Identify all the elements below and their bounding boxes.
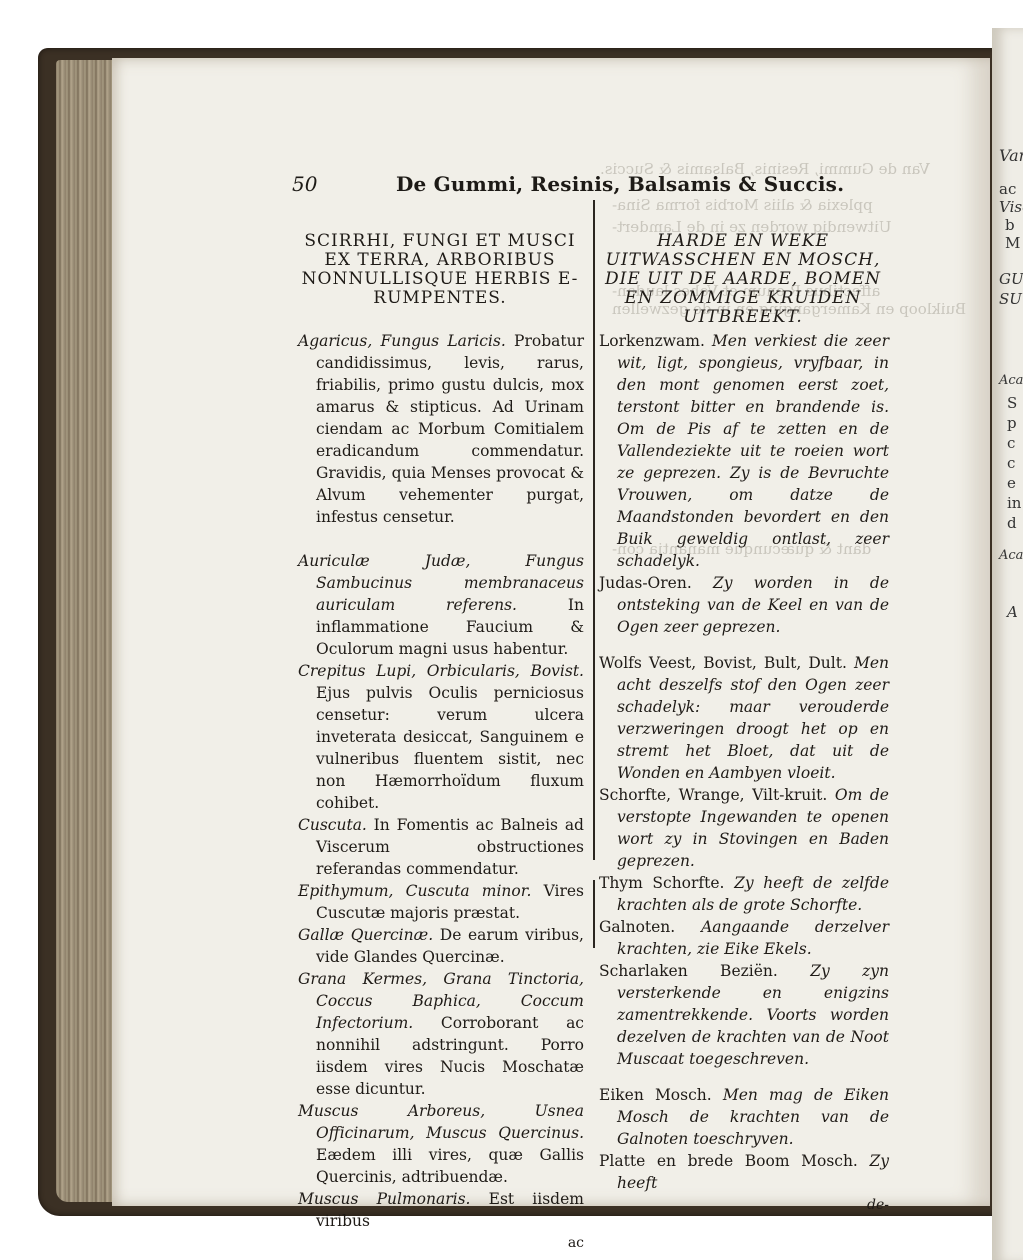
catchword: de- [597, 1194, 889, 1216]
section-heading: HARDE EN WEKE UITWASSCHEN EN MOSCH, DIE … [597, 232, 889, 306]
entry: Schorfte, Wrange, Vilt-kruit. Om de vers… [597, 784, 889, 872]
entry-text: Eædem illi vires, quæ Gallis Quercinis, … [316, 1146, 584, 1186]
entry: Platte en brede Boom Mosch. Zy heeft [597, 1150, 889, 1194]
entry: Lorkenzwam. Men verkiest die zeer wit, l… [597, 330, 889, 572]
entry: Wolfs Veest, Bovist, Bult, Dult. Men ach… [597, 652, 889, 784]
next-page-peek-line: Visc [999, 198, 1023, 216]
next-page-peek-line: Van [999, 146, 1023, 165]
entry-term: Cuscuta. [298, 816, 367, 834]
dutch-column: HARDE EN WEKE UITWASSCHEN EN MOSCH, DIE … [597, 232, 889, 1216]
entry-term: Judas-Oren. [599, 574, 692, 592]
next-page-peek-line: Acaci [999, 373, 1023, 388]
next-page-peek-line: c [1007, 454, 1015, 472]
entry: Agaricus, Fungus Laricis. Probatur candi… [296, 330, 584, 528]
next-page-edge: Van ac Visc b M GU SU Acaci S p c c e in… [992, 28, 1023, 1260]
entry-term: Crepitus Lupi, Orbicularis, Bovist. [298, 662, 584, 680]
entry-text: Probatur candidissimus, levis, rarus, fr… [316, 332, 584, 526]
entry: Muscus Pulmonaris. Est iisdem viribus [296, 1188, 584, 1232]
next-page-peek-line: GU [999, 270, 1023, 288]
entry: Muscus Arboreus, Usnea Officinarum, Musc… [296, 1100, 584, 1188]
latin-column: SCIRRHI, FUNGI ET MUSCI EX TERRA, ARBORI… [296, 232, 584, 1254]
entry-text: Men verkiest die zeer wit, ligt, spongie… [617, 332, 889, 570]
entry: Auriculæ Judæ, Fungus Sambucinus membran… [296, 550, 584, 660]
next-page-peek-line: in [1007, 494, 1021, 512]
catchword: ac [296, 1232, 584, 1254]
entry: Epithymum, Cuscuta minor. Vires Cuscutæ … [296, 880, 584, 924]
entry-text: Men acht deszelfs stof den Ogen zeer sch… [617, 654, 889, 782]
entry-term: Auriculæ Judæ, Fungus Sambucinus membran… [298, 552, 584, 614]
next-page-peek-line: c [1007, 434, 1015, 452]
next-page-peek-line: e [1007, 474, 1016, 492]
entry-term: Schorfte, Wrange, Vilt-kruit. [599, 786, 827, 804]
column-divider [593, 200, 595, 860]
entry-term: Agaricus, Fungus Laricis. [298, 332, 506, 350]
next-page-peek-line: S [1007, 394, 1017, 412]
entry: Gallæ Quercinæ. De earum viribus, vide G… [296, 924, 584, 968]
running-title: De Gummi, Resinis, Balsamis & Succis. [396, 172, 844, 196]
entry-term: Muscus Pulmonaris. [298, 1190, 470, 1208]
entry-term: Epithymum, Cuscuta minor. [298, 882, 531, 900]
entry-term: Scharlaken Beziën. [599, 962, 778, 980]
entry: Scharlaken Beziën. Zy zyn versterkende e… [597, 960, 889, 1070]
next-page-peek-line: b [1005, 216, 1015, 234]
next-page-peek-line: Acac [999, 548, 1023, 563]
entry-term: Wolfs Veest, Bovist, Bult, Dult. [599, 654, 847, 672]
entry-term: Platte en brede Boom Mosch. [599, 1152, 858, 1170]
entry: Grana Kermes, Grana Tinctoria, Coccus Ba… [296, 968, 584, 1100]
next-page-peek-line: d [1007, 514, 1017, 532]
running-head: 50 De Gummi, Resinis, Balsamis & Succis. [292, 172, 892, 200]
entry-term: Eiken Mosch. [599, 1086, 712, 1104]
entry-term: Lorkenzwam. [599, 332, 705, 350]
next-page-peek-line: p [1007, 414, 1017, 432]
entry-text: Ejus pulvis Oculis perniciosus censetur:… [316, 684, 584, 812]
next-page-peek-line: M [1005, 234, 1020, 252]
entry: Galnoten. Aangaande derzelver krachten, … [597, 916, 889, 960]
page-edges [56, 60, 114, 1202]
next-page-peek-line: A [1007, 603, 1018, 621]
page-number: 50 [292, 172, 317, 196]
entry-term: Galnoten. [599, 918, 675, 936]
entry: Cuscuta. In Fomentis ac Balneis ad Visce… [296, 814, 584, 880]
entry: Eiken Mosch. Men mag de Eiken Mosch de k… [597, 1084, 889, 1150]
entry: Thym Schorfte. Zy heeft de zelfde kracht… [597, 872, 889, 916]
section-heading: SCIRRHI, FUNGI ET MUSCI EX TERRA, ARBORI… [296, 232, 584, 306]
next-page-peek-line: SU [999, 290, 1022, 308]
entry: Judas-Oren. Zy worden in de ontsteking v… [597, 572, 889, 638]
entry: Crepitus Lupi, Orbicularis, Bovist. Ejus… [296, 660, 584, 814]
column-divider [593, 880, 595, 948]
entry-term: Gallæ Quercinæ. [298, 926, 433, 944]
next-page-peek-line: ac [999, 180, 1016, 198]
entry-term: Muscus Arboreus, Usnea Officinarum, Musc… [298, 1102, 584, 1142]
entry-term: Thym Schorfte. [599, 874, 724, 892]
